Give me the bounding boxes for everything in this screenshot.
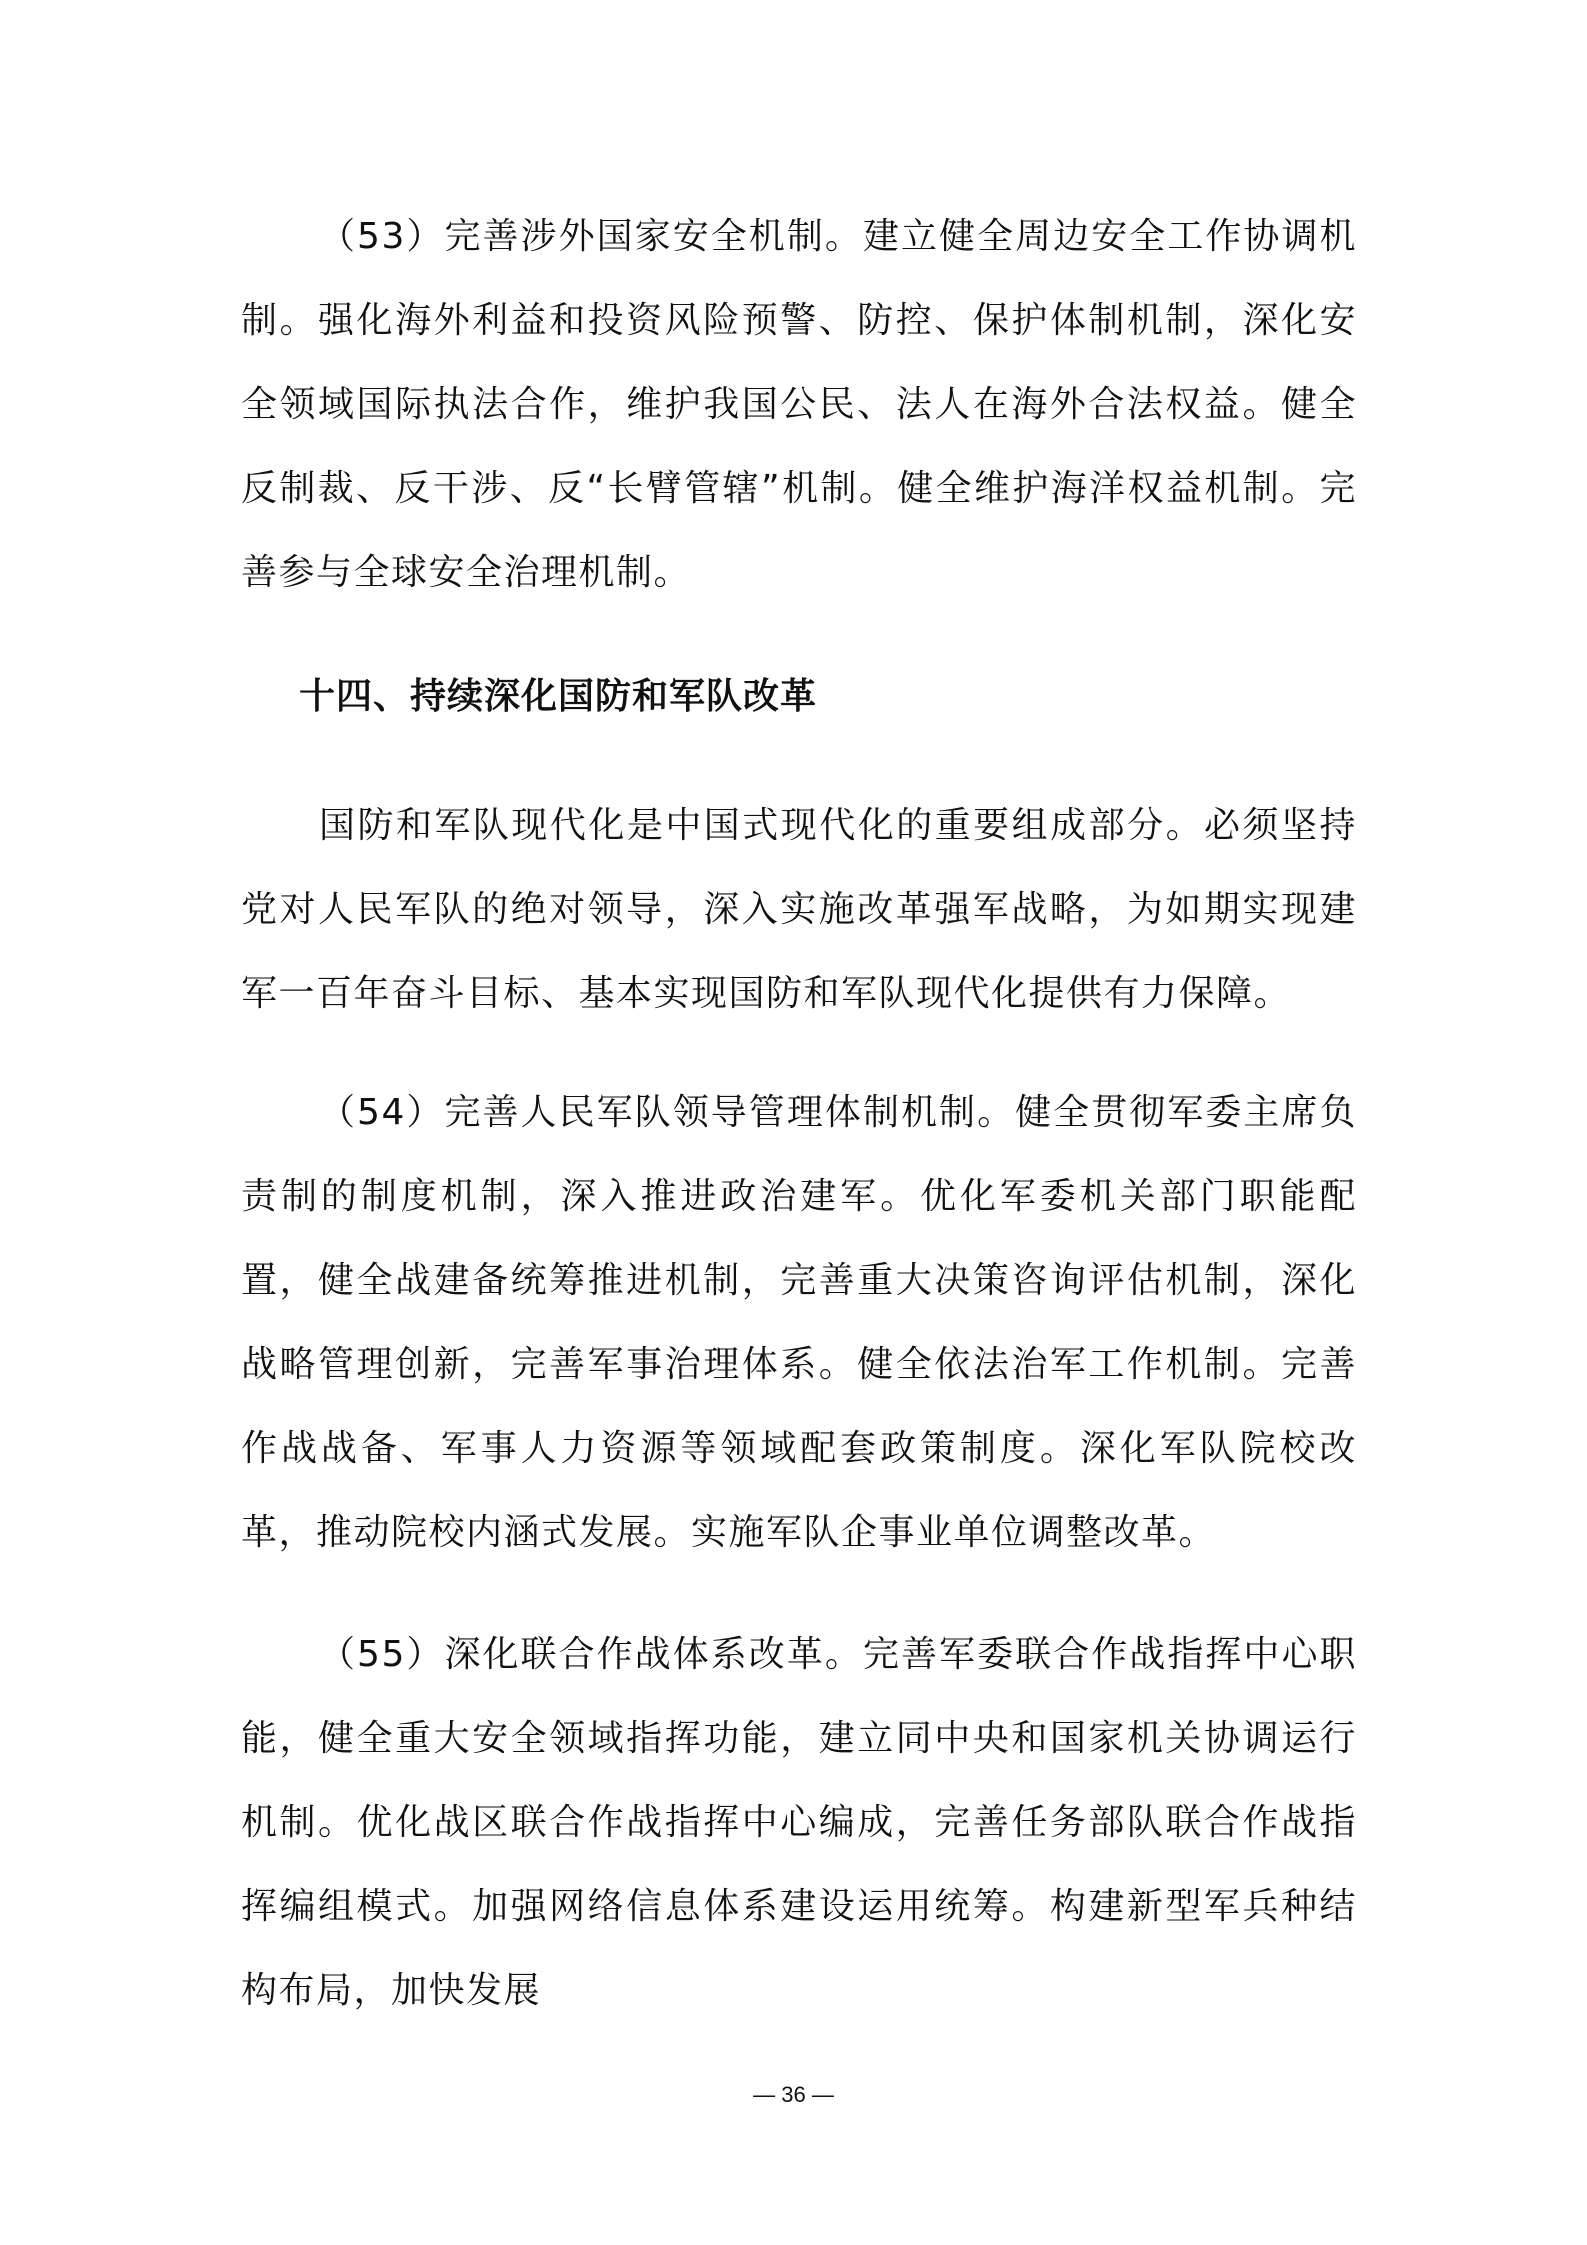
paragraph-intro: 国防和军队现代化是中国式现代化的重要组成部分。必须坚持党对人民军队的绝对领导，深… xyxy=(241,784,1357,1036)
paragraph-54: （54）完善人民军队领导管理体制机制。健全贯彻军委主席负责制的制度机制，深入推进… xyxy=(241,1071,1357,1575)
page-number: — 36 — xyxy=(0,2082,1587,2108)
paragraph-53: （53）完善涉外国家安全机制。建立健全周边安全工作协调机制。强化海外利益和投资风… xyxy=(241,195,1357,615)
section-heading: 十四、持续深化国防和军队改革 xyxy=(299,655,817,739)
paragraph-55: （55）深化联合作战体系改革。完善军委联合作战指挥中心职能，健全重大安全领域指挥… xyxy=(241,1613,1357,2033)
